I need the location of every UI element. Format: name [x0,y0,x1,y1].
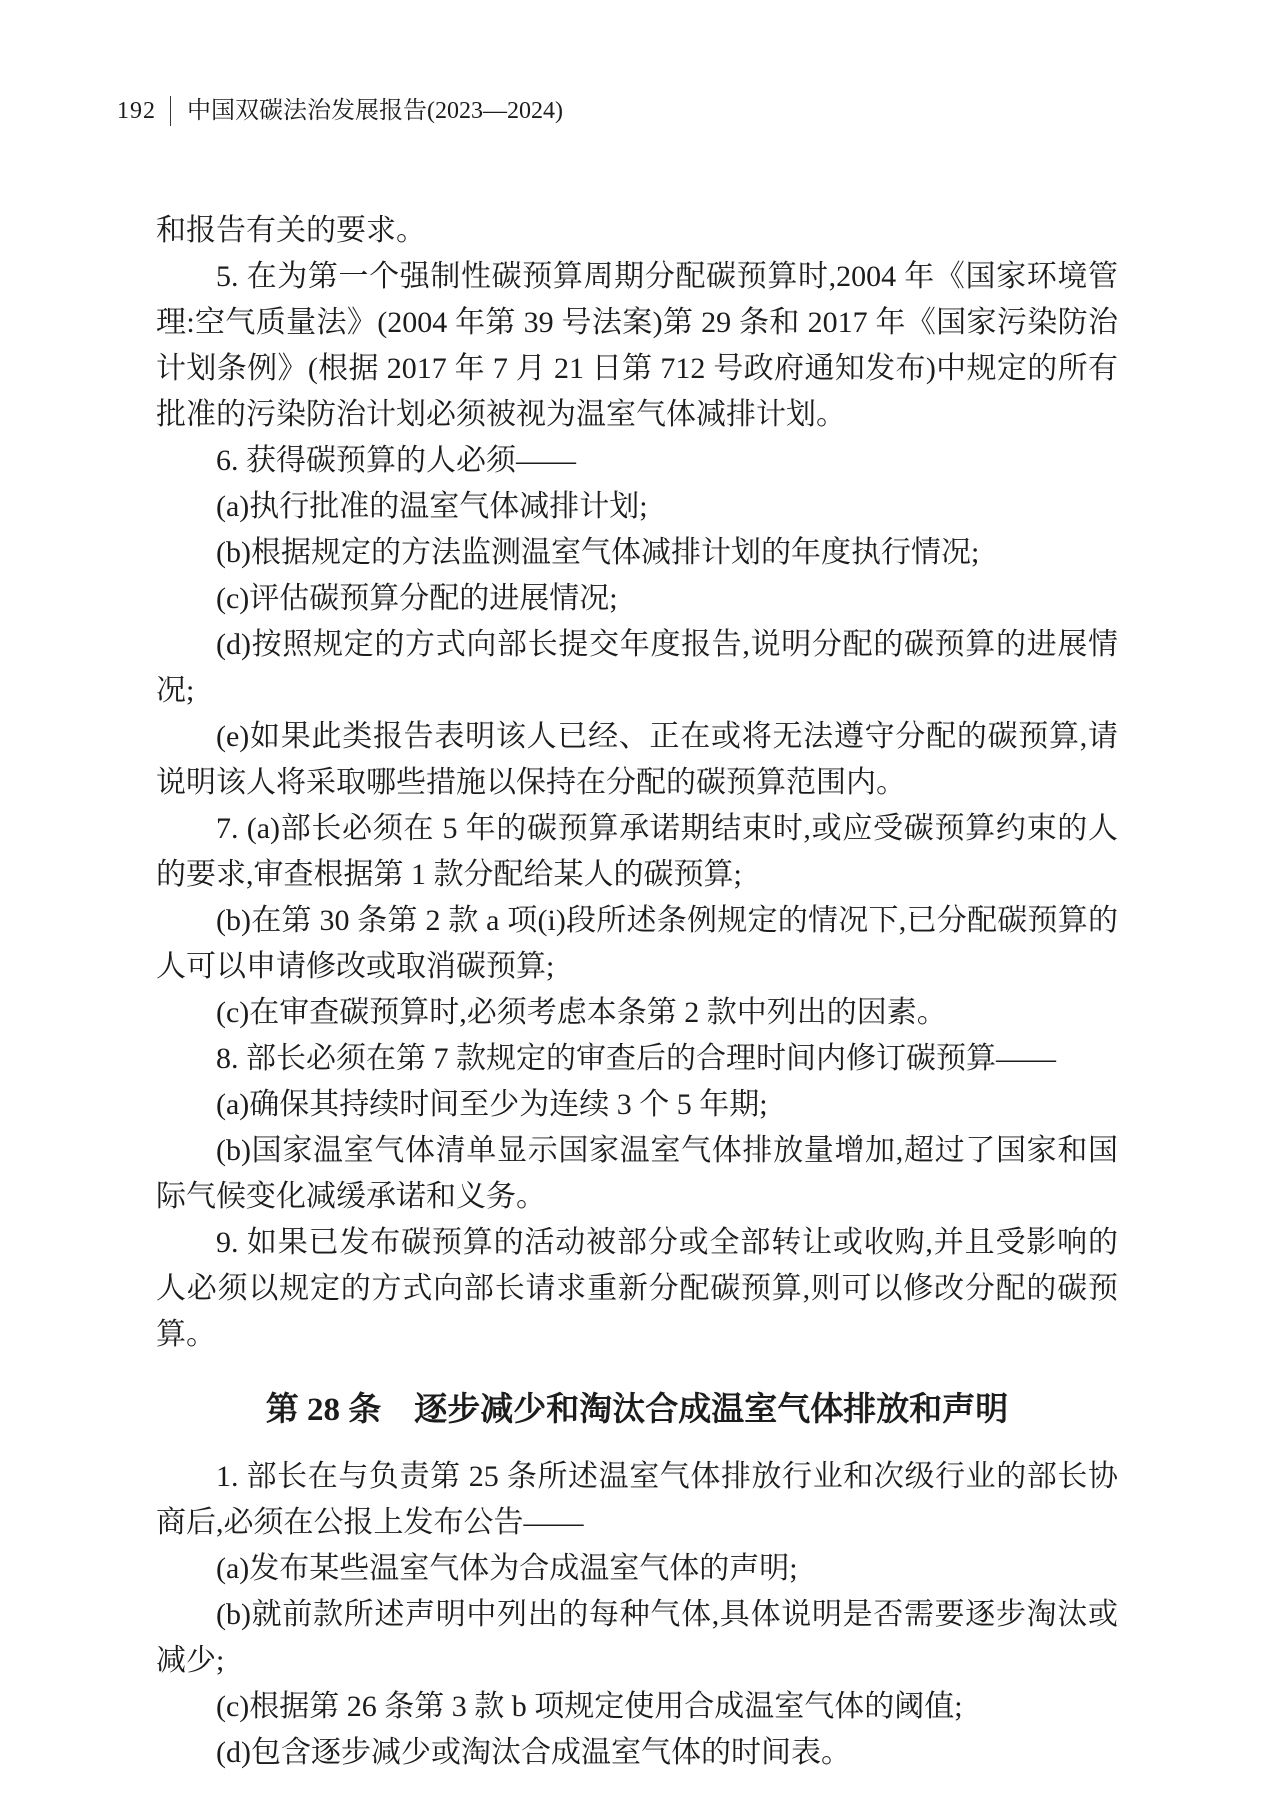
clause-6-item-c: (c)评估碳预算分配的进展情况; [156,576,1118,622]
clause-7-item-c: (c)在审查碳预算时,必须考虑本条第 2 款中列出的因素。 [156,990,1118,1036]
clause-6-item-a: (a)执行批准的温室气体减排计划; [156,484,1118,530]
clause-8: 8. 部长必须在第 7 款规定的审查后的合理时间内修订碳预算—— [156,1036,1118,1082]
paragraph-continuation: 和报告有关的要求。 [156,208,1118,254]
header-divider [170,96,171,126]
article-28-clause-1-item-d: (d)包含逐步减少或淘汰合成温室气体的时间表。 [156,1730,1118,1776]
clause-8-item-a: (a)确保其持续时间至少为连续 3 个 5 年期; [156,1082,1118,1128]
page-header: 192 中国双碳法治发展报告(2023—2024) [117,94,563,128]
article-28-clause-1: 1. 部长在与负责第 25 条所述温室气体排放行业和次级行业的部长协商后,必须在… [156,1454,1118,1546]
clause-7: 7. (a)部长必须在 5 年的碳预算承诺期结束时,或应受碳预算约束的人的要求,… [156,806,1118,898]
article-28-clause-1-item-a: (a)发布某些温室气体为合成温室气体的声明; [156,1546,1118,1592]
clause-6-item-e: (e)如果此类报告表明该人已经、正在或将无法遵守分配的碳预算,请说明该人将采取哪… [156,714,1118,806]
clause-7-item-b: (b)在第 30 条第 2 款 a 项(i)段所述条例规定的情况下,已分配碳预算… [156,898,1118,990]
document-page: 192 中国双碳法治发展报告(2023—2024) 和报告有关的要求。 5. 在… [0,0,1269,1804]
article-28-clause-1-item-b: (b)就前款所述声明中列出的每种气体,具体说明是否需要逐步淘汰或减少; [156,1592,1118,1684]
clause-6-item-b: (b)根据规定的方法监测温室气体减排计划的年度执行情况; [156,530,1118,576]
clause-9: 9. 如果已发布碳预算的活动被部分或全部转让或收购,并且受影响的人必须以规定的方… [156,1220,1118,1358]
clause-6-item-d: (d)按照规定的方式向部长提交年度报告,说明分配的碳预算的进展情况; [156,622,1118,714]
article-28-heading: 第 28 条 逐步减少和淘汰合成温室气体排放和声明 [156,1382,1118,1438]
clause-5: 5. 在为第一个强制性碳预算周期分配碳预算时,2004 年《国家环境管理:空气质… [156,254,1118,438]
book-title: 中国双碳法治发展报告(2023—2024) [187,94,563,128]
page-body: 和报告有关的要求。 5. 在为第一个强制性碳预算周期分配碳预算时,2004 年《… [156,208,1118,1776]
page-number: 192 [117,94,156,128]
clause-8-item-b: (b)国家温室气体清单显示国家温室气体排放量增加,超过了国家和国际气候变化减缓承… [156,1128,1118,1220]
clause-6: 6. 获得碳预算的人必须—— [156,438,1118,484]
article-28-clause-1-item-c: (c)根据第 26 条第 3 款 b 项规定使用合成温室气体的阈值; [156,1684,1118,1730]
